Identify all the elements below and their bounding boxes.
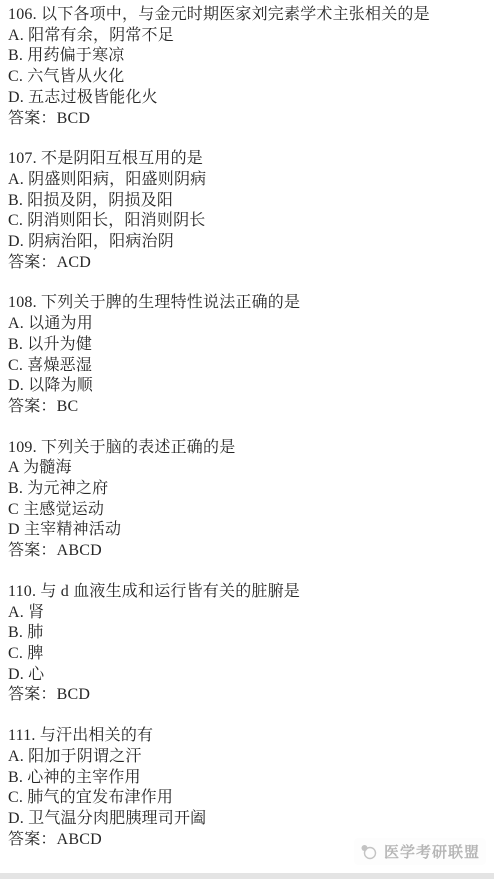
question-107: 107. 不是阴阳互根互用的是 A. 阴盛则阳病，阳盛则阴病 B. 阳损及阴，阴… (8, 149, 484, 273)
option-d: D. 阴病治阳，阳病治阴 (8, 232, 484, 253)
option-b: B. 为元神之府 (8, 479, 484, 500)
question-110: 110. 与 d 血液生成和运行皆有关的脏腑是 A. 肾 B. 肺 C. 脾 D… (8, 582, 484, 706)
question-111: 111. 与汗出相关的有 A. 阳加于阴谓之汗 B. 心神的主宰作用 C. 肺气… (8, 726, 484, 850)
option-c: C. 脾 (8, 644, 484, 665)
option-d: D. 五志过极皆能化火 (8, 88, 484, 109)
question-title: 107. 不是阴阳互根互用的是 (8, 149, 484, 170)
option-d: D 主宰精神活动 (8, 520, 484, 541)
bottom-divider-bar (0, 873, 494, 879)
option-c: C. 阴消则阳长，阳消则阴长 (8, 211, 484, 232)
option-a: A. 阳加于阴谓之汗 (8, 747, 484, 768)
answer-line: 答案：ABCD (8, 541, 484, 562)
watermark-label: 医学考研联盟 (384, 841, 480, 862)
question-106: 106. 以下各项中，与金元时期医家刘完素学术主张相关的是 A. 阳常有余，阴常… (8, 5, 484, 129)
exam-document-page: 106. 以下各项中，与金元时期医家刘完素学术主张相关的是 A. 阳常有余，阴常… (0, 0, 494, 879)
question-title: 106. 以下各项中，与金元时期医家刘完素学术主张相关的是 (8, 5, 484, 26)
option-c: C. 六气皆从火化 (8, 67, 484, 88)
option-a: A. 肾 (8, 603, 484, 624)
option-a: A. 阳常有余，阴常不足 (8, 26, 484, 47)
option-b: B. 以升为健 (8, 335, 484, 356)
option-b: B. 心神的主宰作用 (8, 768, 484, 789)
option-c: C 主感觉运动 (8, 500, 484, 521)
option-d: D. 心 (8, 665, 484, 686)
option-a: A. 以通为用 (8, 314, 484, 335)
question-108: 108. 下列关于脾的生理特性说法正确的是 A. 以通为用 B. 以升为健 C.… (8, 293, 484, 417)
option-b: B. 用药偏于寒凉 (8, 46, 484, 67)
question-title: 110. 与 d 血液生成和运行皆有关的脏腑是 (8, 582, 484, 603)
option-b: B. 肺 (8, 623, 484, 644)
option-b: B. 阳损及阴，阴损及阳 (8, 191, 484, 212)
question-title: 111. 与汗出相关的有 (8, 726, 484, 747)
option-c: C. 喜燥恶湿 (8, 356, 484, 377)
option-d: D. 以降为顺 (8, 376, 484, 397)
watermark-badge: 医学考研联盟 (354, 838, 486, 865)
answer-line: 答案：BCD (8, 685, 484, 706)
option-a: A. 阴盛则阳病，阳盛则阴病 (8, 170, 484, 191)
question-109: 109. 下列关于脑的表述正确的是 A 为髓海 B. 为元神之府 C 主感觉运动… (8, 438, 484, 562)
option-a: A 为髓海 (8, 458, 484, 479)
answer-line: 答案：ACD (8, 253, 484, 274)
question-title: 108. 下列关于脾的生理特性说法正确的是 (8, 293, 484, 314)
watermark-logo-icon (360, 843, 377, 860)
answer-line: 答案：BC (8, 397, 484, 418)
option-d: D. 卫气温分肉肥胰理司开阖 (8, 809, 484, 830)
answer-line: 答案：BCD (8, 109, 484, 130)
option-c: C. 肺气的宜发布津作用 (8, 788, 484, 809)
question-title: 109. 下列关于脑的表述正确的是 (8, 438, 484, 459)
question-list: 106. 以下各项中，与金元时期医家刘完素学术主张相关的是 A. 阳常有余，阴常… (0, 0, 494, 850)
